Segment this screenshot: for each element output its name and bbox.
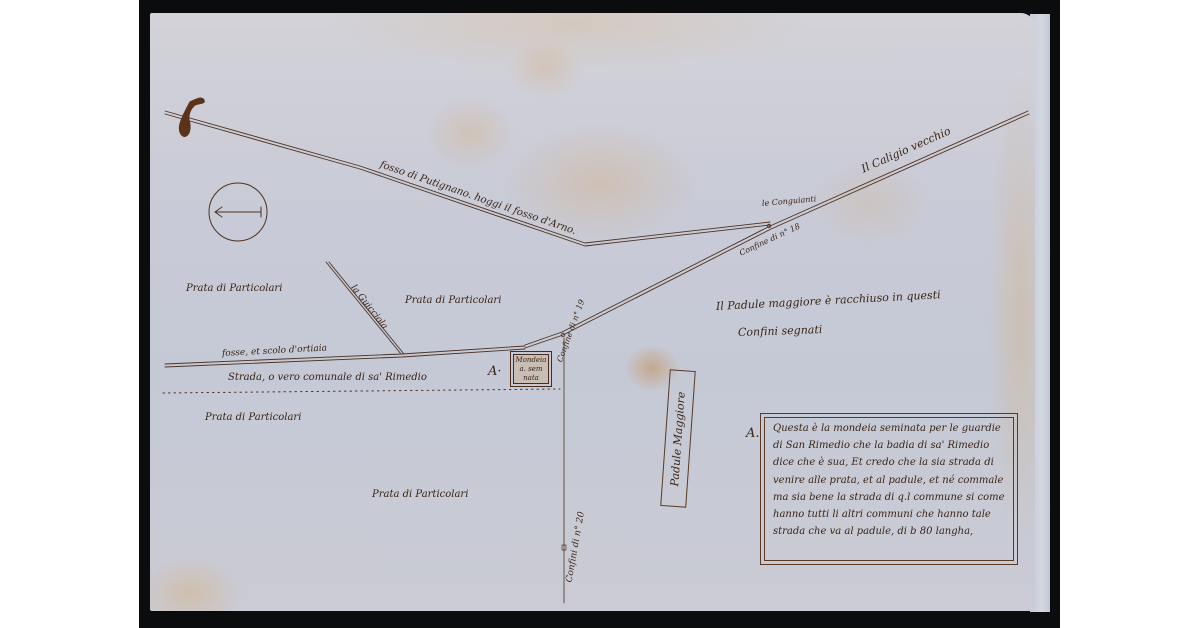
note-line: strada che va al padule, di b 80 langha, bbox=[773, 523, 1015, 540]
note-text: Questa è la mondeia seminata per le guar… bbox=[773, 420, 1015, 540]
dotted-boundary bbox=[163, 389, 560, 393]
prata-label-1: Prata di Particolari bbox=[186, 284, 282, 294]
note-line: hanno tutti li altri communi che hanno t… bbox=[773, 506, 1015, 523]
mondeia-line: a. sem bbox=[514, 365, 548, 374]
caligio-line bbox=[525, 111, 1029, 348]
note-line: venire alle prata, et al padule, et né c… bbox=[773, 472, 1015, 489]
strada-comunale-line bbox=[165, 346, 525, 367]
strada-comunale-label: Strada, o vero comunale di sa' Rimedio bbox=[228, 373, 427, 383]
padule-description-line2: Confini segnati bbox=[738, 324, 823, 338]
mondeia-line: nata bbox=[514, 374, 548, 383]
prata-label-3: Prata di Particolari bbox=[205, 413, 301, 423]
note-box: Questa è la mondeia seminata per le guar… bbox=[760, 413, 1018, 565]
fosso-putignano-line bbox=[165, 111, 770, 246]
padule-maggiore-label: Padule Maggiore bbox=[669, 391, 687, 486]
prata-label-4: Prata di Particolari bbox=[372, 490, 468, 500]
note-line: di San Rimedio che la badia di sa' Rimed… bbox=[773, 437, 1015, 454]
note-line: dice che è sua, Et credo che la sia stra… bbox=[773, 454, 1015, 471]
mondeia-line: Mondeia bbox=[514, 356, 548, 365]
note-line: Questa è la mondeia seminata per le guar… bbox=[773, 420, 1015, 437]
ink-blot bbox=[179, 98, 204, 136]
marker-a: A· bbox=[488, 364, 502, 379]
compass-arrow-icon bbox=[209, 183, 267, 241]
note-line: ma sia bene la strada di q.l commune si … bbox=[773, 489, 1015, 506]
map-drawing bbox=[0, 0, 1200, 628]
prata-label-2: Prata di Particolari bbox=[405, 296, 501, 306]
note-marker-a: A. bbox=[746, 426, 760, 441]
mondeia-box: Mondeia a. sem nata bbox=[513, 354, 549, 384]
